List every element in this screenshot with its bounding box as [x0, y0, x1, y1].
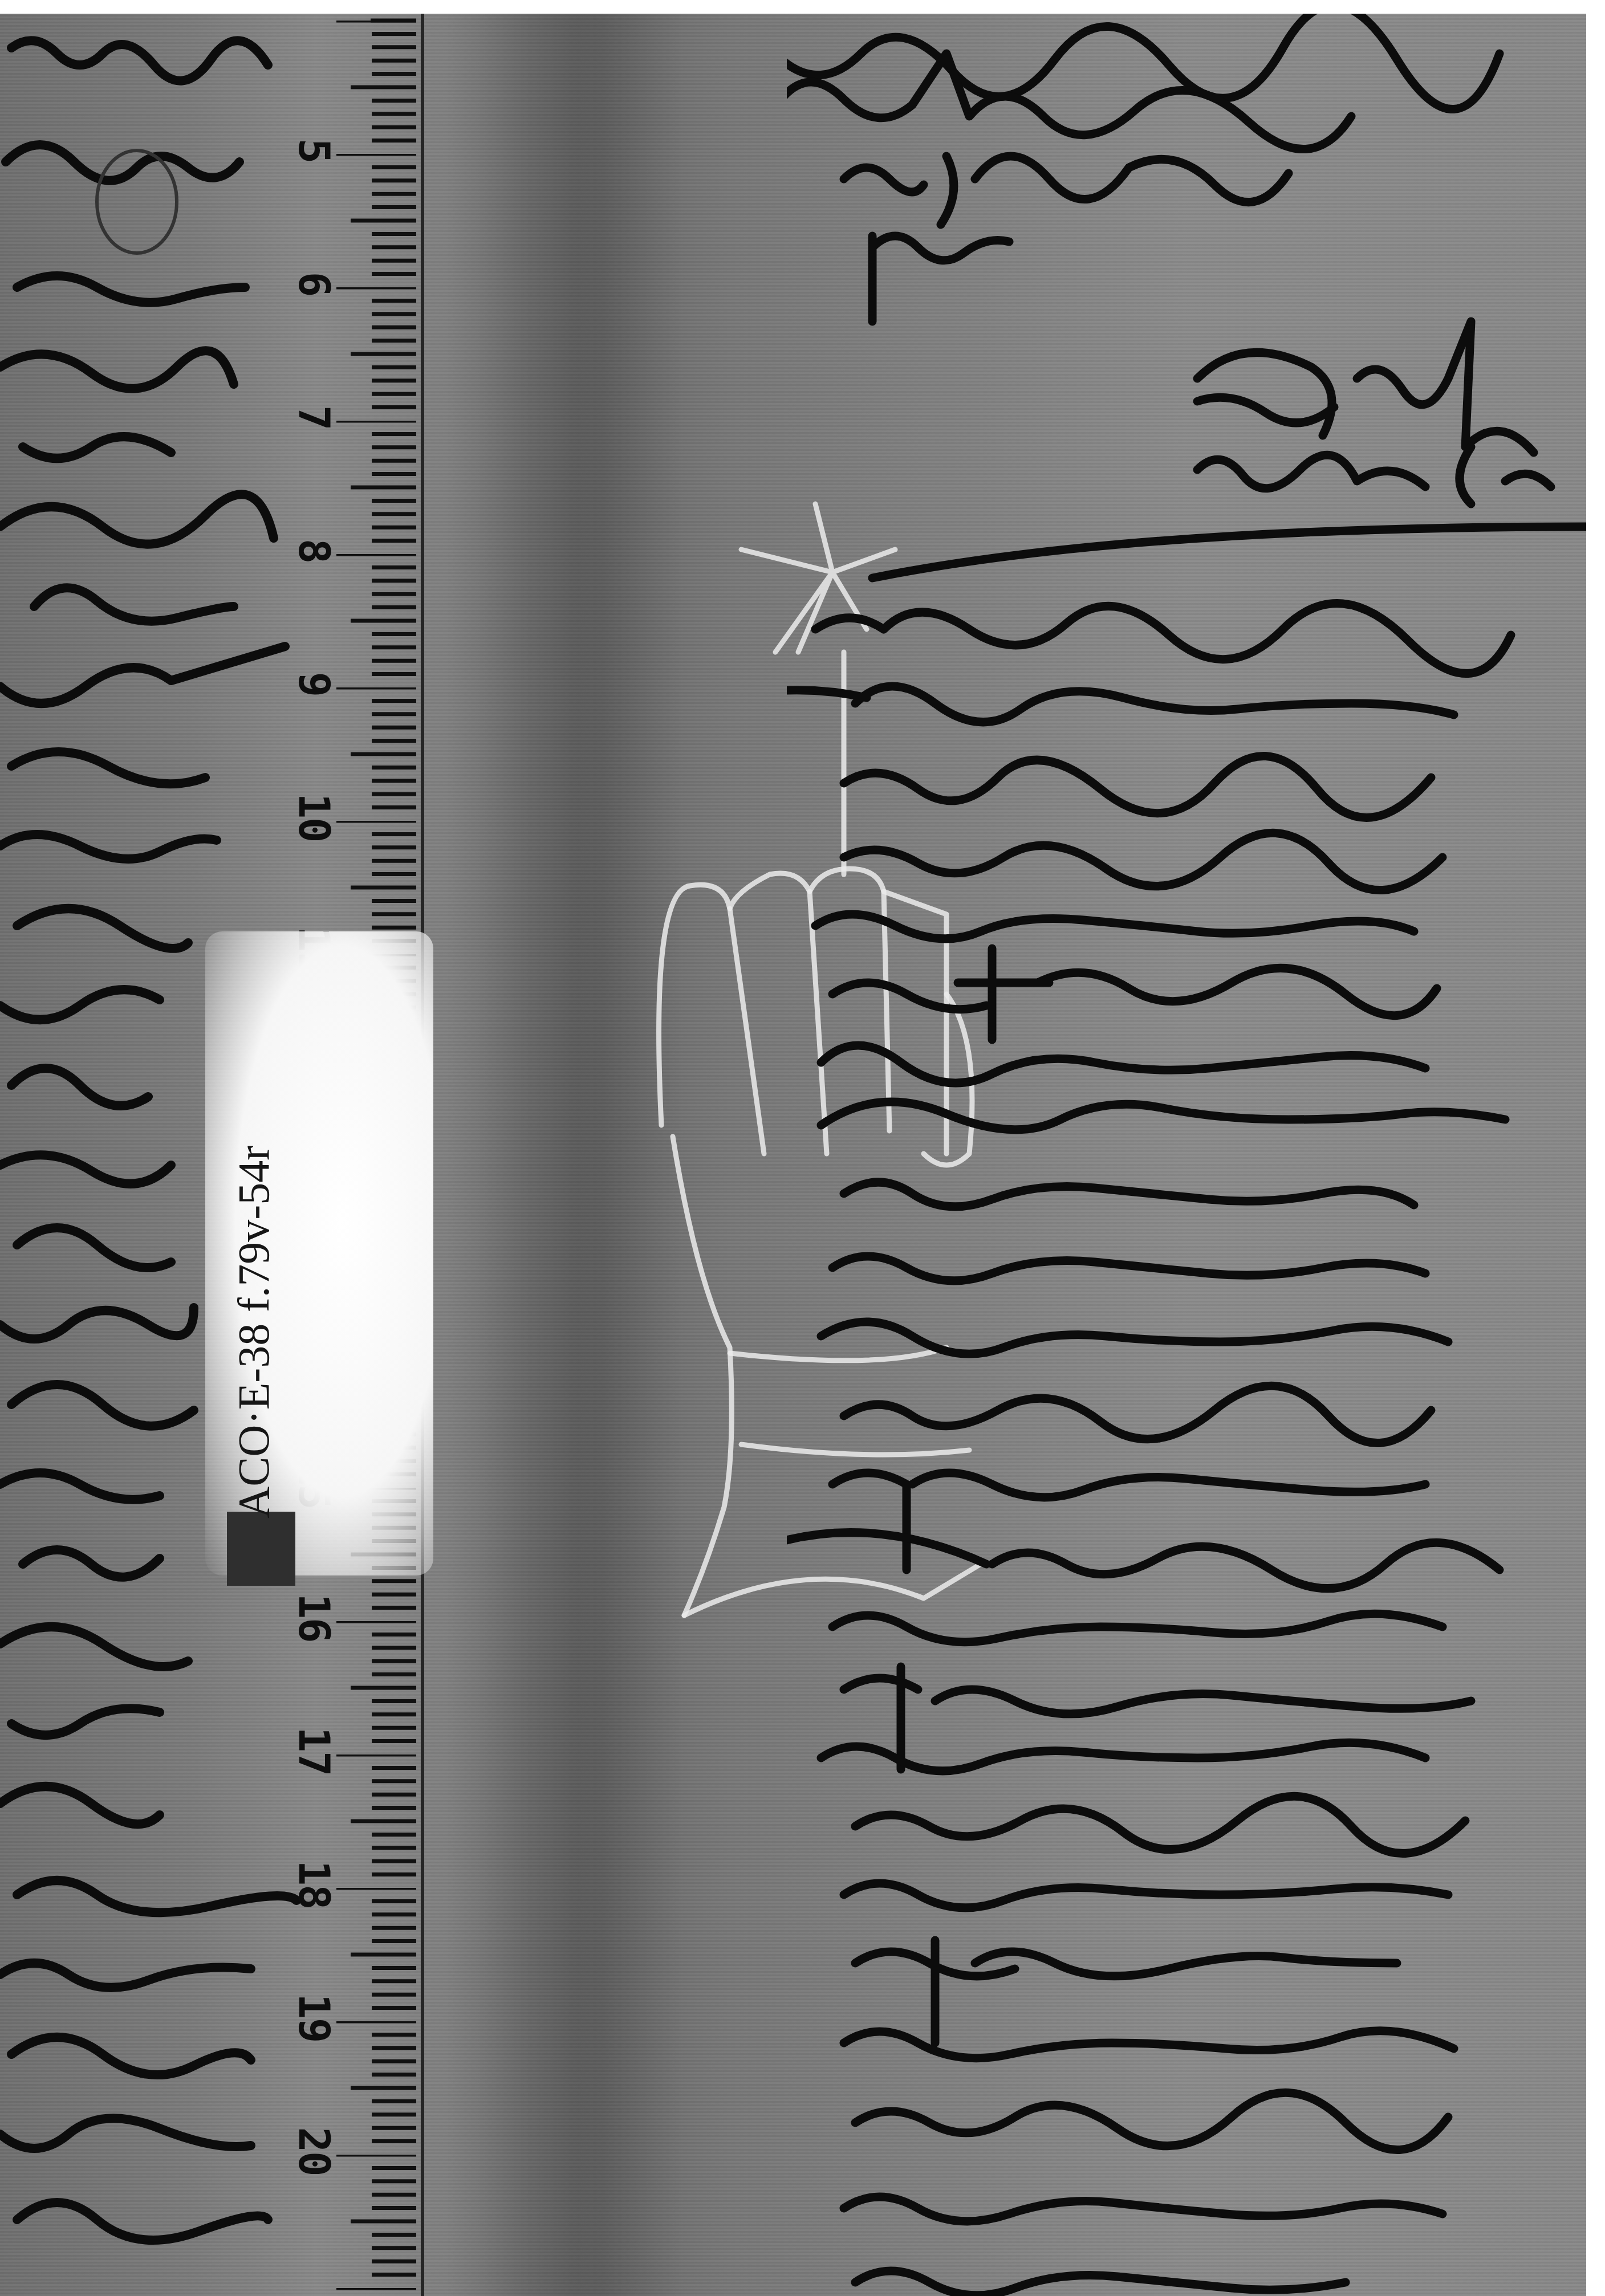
- ruler-number: 16: [296, 1583, 331, 1652]
- ruler-number: 9: [296, 650, 331, 718]
- manuscript-photo: 5 6 7 8 9 10 11 12 13 14 15 16 17 18 19 …: [0, 14, 1586, 2296]
- ruler-number: 5: [296, 116, 331, 185]
- archive-label-text: ACO·E-38 f.79v-54r: [228, 1146, 279, 1519]
- ruler-number: 17: [296, 1717, 331, 1785]
- ruler-number: 7: [296, 383, 331, 451]
- archive-label-dark-strip: [227, 1512, 295, 1586]
- ruler-number: 18: [296, 1850, 331, 1919]
- ruler-number: 20: [296, 2117, 331, 2185]
- ruler-number: 10: [296, 783, 331, 852]
- ruler-number: 8: [296, 516, 331, 585]
- ruler-number: 19: [296, 1984, 331, 2052]
- ruler-number: 6: [296, 250, 331, 318]
- right-page-handwriting: [787, 14, 1586, 2296]
